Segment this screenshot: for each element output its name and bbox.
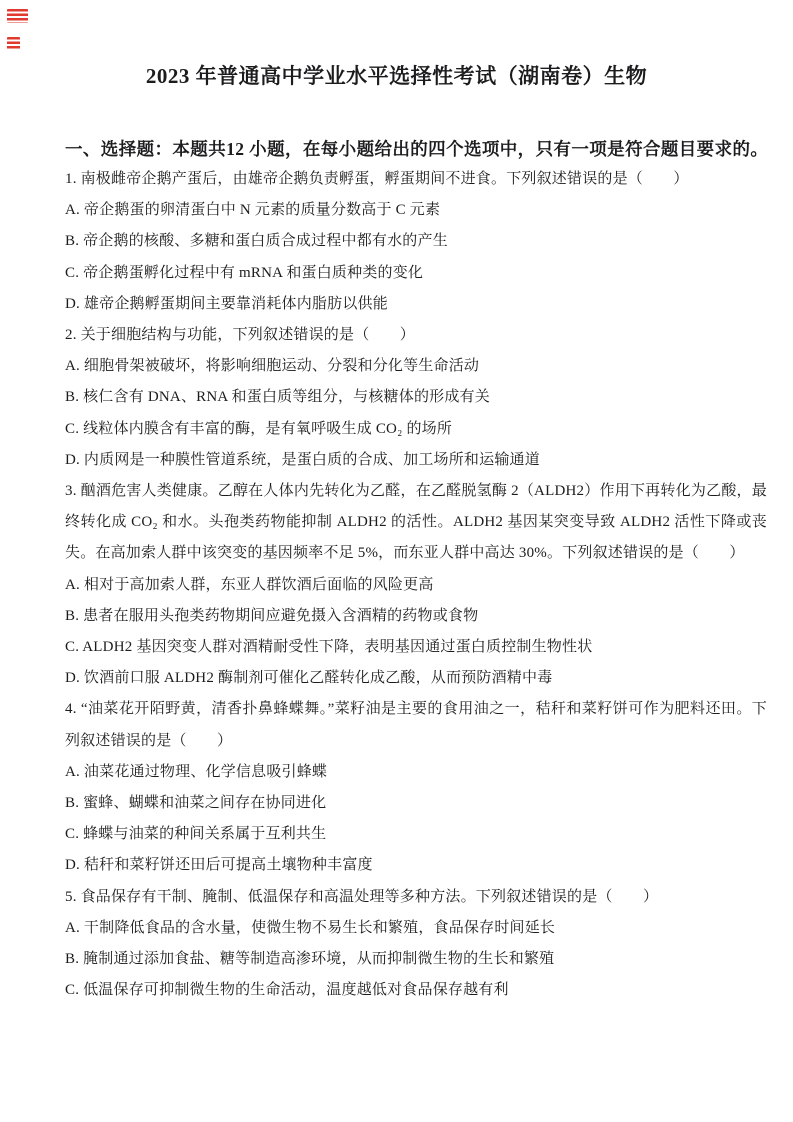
question-5-option-c: C. 低温保存可抑制微生物的生命活动，温度越低对食品保存越有利	[65, 975, 767, 1006]
question-3-option-c: C. ALDH2 基因突变人群对酒精耐受性下降，表明基因通过蛋白质控制生物性状	[65, 632, 767, 663]
question-3-option-d: D. 饮酒前口服 ALDH2 酶制剂可催化乙醛转化成乙酸，从而预防酒精中毒	[65, 663, 767, 694]
exam-paper-page: 2023 年普通高中学业水平选择性考试（湖南卷）生物 一、选择题：本题共12 小…	[0, 0, 793, 1122]
page-title: 2023 年普通高中学业水平选择性考试（湖南卷）生物	[0, 60, 793, 92]
question-4-option-a: A. 油菜花通过物理、化学信息吸引蜂蝶	[65, 757, 767, 788]
question-5-option-a: A. 干制降低食品的含水量，使微生物不易生长和繁殖，食品保存时间延长	[65, 913, 767, 944]
question-1-option-b: B. 帝企鹅的核酸、多糖和蛋白质合成过程中都有水的产生	[65, 226, 767, 257]
question-1-option-c: C. 帝企鹅蛋孵化过程中有 mRNA 和蛋白质种类的变化	[65, 258, 767, 289]
question-3-option-b: B. 患者在服用头孢类药物期间应避免摄入含酒精的药物或食物	[65, 601, 767, 632]
question-4: 4. “油菜花开陌野黄，清香扑鼻蜂蝶舞。”菜籽油是主要的食用油之一，秸秆和菜籽饼…	[65, 694, 767, 881]
question-1-stem: 1. 南极雌帝企鹅产蛋后，由雄帝企鹅负责孵蛋，孵蛋期间不进食。下列叙述错误的是（…	[65, 164, 767, 195]
red-stamp-icon	[7, 37, 20, 50]
question-5-stem: 5. 食品保存有干制、腌制、低温保存和高温处理等多种方法。下列叙述错误的是（ ）	[65, 882, 767, 913]
question-4-stem: 4. “油菜花开陌野黄，清香扑鼻蜂蝶舞。”菜籽油是主要的食用油之一，秸秆和菜籽饼…	[65, 694, 767, 756]
question-4-option-b: B. 蜜蜂、蝴蝶和油菜之间存在协同进化	[65, 788, 767, 819]
question-5: 5. 食品保存有干制、腌制、低温保存和高温处理等多种方法。下列叙述错误的是（ ）…	[65, 882, 767, 1007]
question-1-option-a: A. 帝企鹅蛋的卵清蛋白中 N 元素的质量分数高于 C 元素	[65, 195, 767, 226]
question-3-option-a: A. 相对于高加索人群，东亚人群饮酒后面临的风险更高	[65, 570, 767, 601]
question-3-stem: 3. 酗酒危害人类健康。乙醇在人体内先转化为乙醛，在乙醛脱氢酶 2（ALDH2）…	[65, 476, 767, 570]
question-2-stem: 2. 关于细胞结构与功能，下列叙述错误的是（ ）	[65, 320, 767, 351]
question-2-option-b: B. 核仁含有 DNA、RNA 和蛋白质等组分，与核糖体的形成有关	[65, 382, 767, 413]
question-1-option-d: D. 雄帝企鹅孵蛋期间主要靠消耗体内脂肪以供能	[65, 289, 767, 320]
question-3: 3. 酗酒危害人类健康。乙醇在人体内先转化为乙醛，在乙醛脱氢酶 2（ALDH2）…	[65, 476, 767, 694]
question-4-option-c: C. 蜂蝶与油菜的种间关系属于互利共生	[65, 819, 767, 850]
question-5-option-b: B. 腌制通过添加食盐、糖等制造高渗环境，从而抑制微生物的生长和繁殖	[65, 944, 767, 975]
questions-area: 1. 南极雌帝企鹅产蛋后，由雄帝企鹅负责孵蛋，孵蛋期间不进食。下列叙述错误的是（…	[65, 164, 767, 1006]
red-stamp-icon	[7, 9, 28, 23]
question-2-option-d: D. 内质网是一种膜性管道系统，是蛋白质的合成、加工场所和运输通道	[65, 445, 767, 476]
question-2: 2. 关于细胞结构与功能，下列叙述错误的是（ ） A. 细胞骨架被破坏，将影响细…	[65, 320, 767, 476]
question-2-option-c: C. 线粒体内膜含有丰富的酶，是有氧呼吸生成 CO₂ 的场所	[65, 414, 767, 445]
question-2-option-a: A. 细胞骨架被破坏，将影响细胞运动、分裂和分化等生命活动	[65, 351, 767, 382]
question-4-option-d: D. 秸秆和菜籽饼还田后可提高土壤物种丰富度	[65, 850, 767, 881]
question-1: 1. 南极雌帝企鹅产蛋后，由雄帝企鹅负责孵蛋，孵蛋期间不进食。下列叙述错误的是（…	[65, 164, 767, 320]
section-heading: 一、选择题：本题共12 小题，在每小题给出的四个选项中，只有一项是符合题目要求的…	[65, 136, 769, 162]
